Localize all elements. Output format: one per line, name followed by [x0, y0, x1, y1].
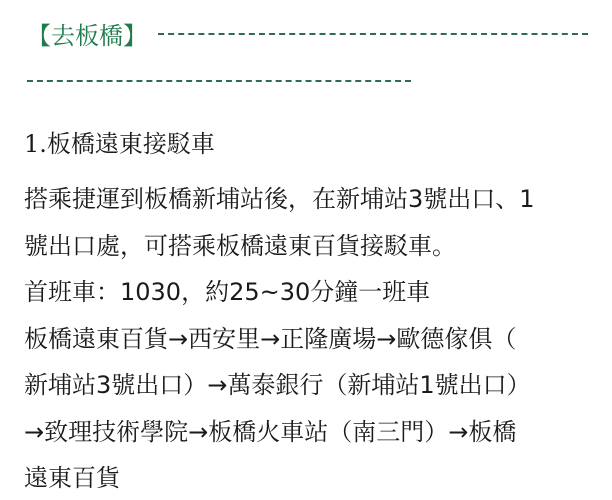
- schedule-line: 首班車：1030，約25~30分鐘一班車: [24, 269, 604, 316]
- subheading: 1.板橋遠東接駁車: [24, 124, 215, 159]
- section-header: 【去板橋】: [27, 16, 147, 50]
- dashed-divider-2: [27, 80, 411, 82]
- dashed-divider-1: [158, 33, 588, 35]
- body-text: 搭乘捷運到板橋新埔站後，在新埔站3號出口、1 號出口處，可搭乘板橋遠東百貨接駁車…: [24, 176, 604, 500]
- body-line: 搭乘捷運到板橋新埔站後，在新埔站3號出口、1: [24, 176, 604, 223]
- route-line: 新埔站3號出口）→萬泰銀行（新埔站1號出口）: [24, 362, 604, 409]
- subheading-number: 1.: [24, 130, 47, 158]
- subheading-title: 板橋遠東接駁車: [47, 130, 215, 158]
- route-line: →致理技術學院→板橋火車站（南三門）→板橋: [24, 409, 604, 456]
- section-title: 【去板橋】: [27, 16, 147, 51]
- route-line: 遠東百貨: [24, 455, 604, 500]
- route-line: 板橋遠東百貨→西安里→正隆廣場→歐德傢俱（: [24, 316, 604, 363]
- body-line: 號出口處，可搭乘板橋遠東百貨接駁車。: [24, 223, 604, 270]
